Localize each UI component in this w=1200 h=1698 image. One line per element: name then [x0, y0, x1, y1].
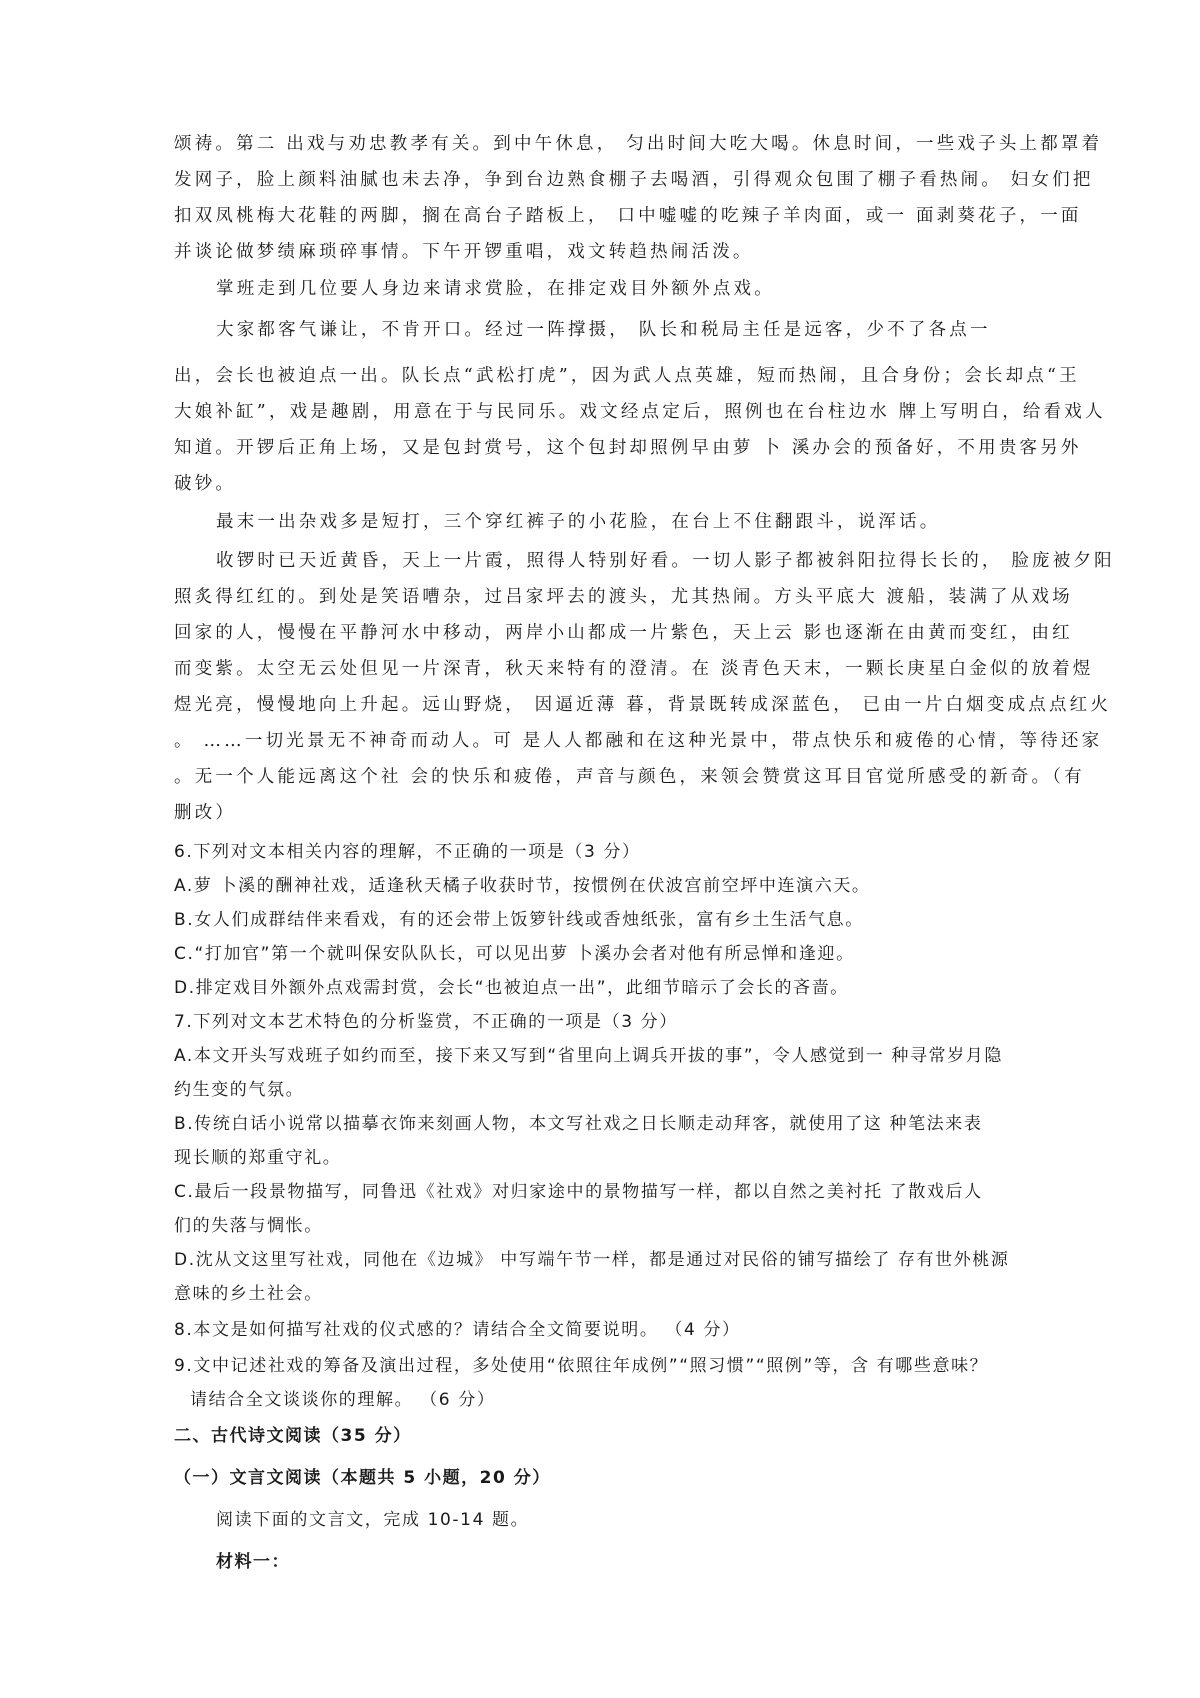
question-9: 9.文中记述社戏的筹备及演出过程，多处使用“依照往年成例”“照习惯”“照例”等，… — [174, 1354, 988, 1378]
passage-line: 知道。开锣后正角上场，又是包封赏号，这个包封却照例早由萝 卜 溪办会的预备好，不… — [174, 436, 1082, 460]
passage-line: 而变紫。太空无云处但见一片深青，秋天来特有的澄清。在 淡青色天末，一颗长庚星白金… — [174, 657, 1094, 681]
question-7-option-d-cont: 意味的乡土社会。 — [174, 1282, 323, 1306]
passage-line: 最末一出杂戏多是短打，三个穿红裤子的小花脸，在台上不住翻跟斗，说浑话。 — [216, 510, 941, 534]
passage-line: 扣双凤桃梅大花鞋的两脚，搁在高台子踏板上， 口中嘘嘘的吃辣子羊肉面，或一 面剥葵… — [174, 204, 1082, 228]
question-7-option-b-cont: 现长顺的郑重守礼。 — [174, 1146, 341, 1170]
passage-line: 照炙得红红的。到处是笑语嘈杂，过吕家坪去的渡头，尤其热闹。方头平底大 渡船，装满… — [174, 585, 1073, 609]
passage-line: 收锣时已天近黄昏，天上一片霞，照得人特别好看。一切人影子都被斜阳拉得长长的， 脸… — [216, 549, 1115, 573]
section-2-title: 二、古代诗文阅读（35 分） — [174, 1424, 412, 1448]
subsection-1-title: （一）文言文阅读（本题共 5 小题，20 分） — [174, 1466, 551, 1490]
question-7-stem: 7.下列对文本艺术特色的分析鉴赏，不正确的一项是（3 分） — [174, 1010, 678, 1034]
passage-line: 破钞。 — [174, 472, 236, 496]
reading-instruction: 阅读下面的文言文，完成 10-14 题。 — [216, 1508, 529, 1532]
passage-line: 颂祷。第二 出戏与劝忠教孝有关。到中午休息， 匀出时间大吃大喝。休息时间，一些戏… — [174, 132, 1102, 156]
question-6-option-d: D.排定戏目外额外点戏需封赏，会长“也被迫点一出”，此细节暗示了会长的吝啬。 — [174, 976, 849, 1000]
question-6-option-b: B.女人们成群结伴来看戏，有的还会带上饭箩针线或香烛纸张，富有乡土生活气息。 — [174, 908, 864, 932]
question-8: 8.本文是如何描写社戏的仪式感的？请结合全文简要说明。 （4 分） — [174, 1318, 741, 1342]
question-7-option-a-cont: 约生变的气氛。 — [174, 1078, 304, 1102]
passage-line: 煜光亮，慢慢地向上升起。远山野烧， 因逼近薄 暮，背景既转成深蓝色， 已由一片白… — [174, 693, 1111, 717]
question-7-option-c: C.最后一段景物描写，同鲁迅《社戏》对归家途中的景物描写一样，都以自然之美衬托 … — [174, 1180, 983, 1204]
passage-line: 大娘补缸”，戏是趣剧，用意在于与民同乐。戏文经点定后，照例也在台柱边水 牌上写明… — [174, 400, 1106, 424]
question-7-option-d: D.沈从文这里写社戏，同他在《边城》 中写端午节一样，都是通过对民俗的铺写描绘了… — [174, 1248, 1010, 1272]
question-6-option-c: C.“打加官”第一个就叫保安队队长，可以见出萝 卜溪办会者对他有所忌惮和逢迎。 — [174, 942, 855, 966]
passage-line: 并谈论做梦绩麻琐碎事情。下午开锣重唱，戏文转趋热闹活泼。 — [174, 240, 754, 264]
question-9-cont: 请结合全文谈谈你的理解。 （6 分） — [190, 1388, 495, 1412]
question-6-option-a: A.萝 卜溪的酬神社戏，适逢秋天橘子收获时节，按惯例在伏波宫前空坪中连演六天。 — [174, 874, 871, 898]
passage-line: 发网子，脸上颜料油腻也未去净，争到台边熟食棚子去喝酒，引得观众包围了棚子看热闹。… — [174, 168, 1094, 192]
passage-line: 删改） — [174, 801, 236, 825]
passage-line: 出，会长也被迫点一出。队长点“武松打虎”，因为武人点英雄，短而热闹，且合身份；会… — [174, 364, 1080, 388]
question-6-stem: 6.下列对文本相关内容的理解，不正确的一项是（3 分） — [174, 840, 641, 864]
passage-line: 。 ……一切光景无不神奇而动人。可 是人人都融和在这种光景中，带点快乐和疲倦的心… — [174, 729, 1102, 753]
question-7-option-b: B.传统白话小说常以描摹衣饰来刻画人物，本文写社戏之日长顺走动拜客，就使用了这 … — [174, 1112, 982, 1136]
material-label: 材料一： — [216, 1550, 290, 1574]
question-7-option-c-cont: 们的失落与惆怅。 — [174, 1214, 323, 1238]
passage-line: 。无一个人能远离这个社 会的快乐和疲倦，声音与颜色，来领会赞赏这耳目官觉所感受的… — [174, 765, 1085, 789]
passage-line: 大家都客气谦让，不肯开口。经过一阵撑摄， 队长和税局主任是远客，少不了各点一 — [216, 318, 991, 342]
passage-line: 掌班走到几位要人身边来请求赏脸，在排定戏目外额外点戏。 — [216, 277, 775, 301]
question-7-option-a: A.本文开头写戏班子如约而至，接下来又写到“省里向上调兵开拔的事”，令人感觉到一… — [174, 1044, 1003, 1068]
passage-line: 回家的人，慢慢在平静河水中移动，两岸小山都成一片紫色，天上云 影也逐渐在由黄而变… — [174, 621, 1073, 645]
exam-page: 颂祷。第二 出戏与劝忠教孝有关。到中午休息， 匀出时间大吃大喝。休息时间，一些戏… — [0, 0, 1200, 1698]
